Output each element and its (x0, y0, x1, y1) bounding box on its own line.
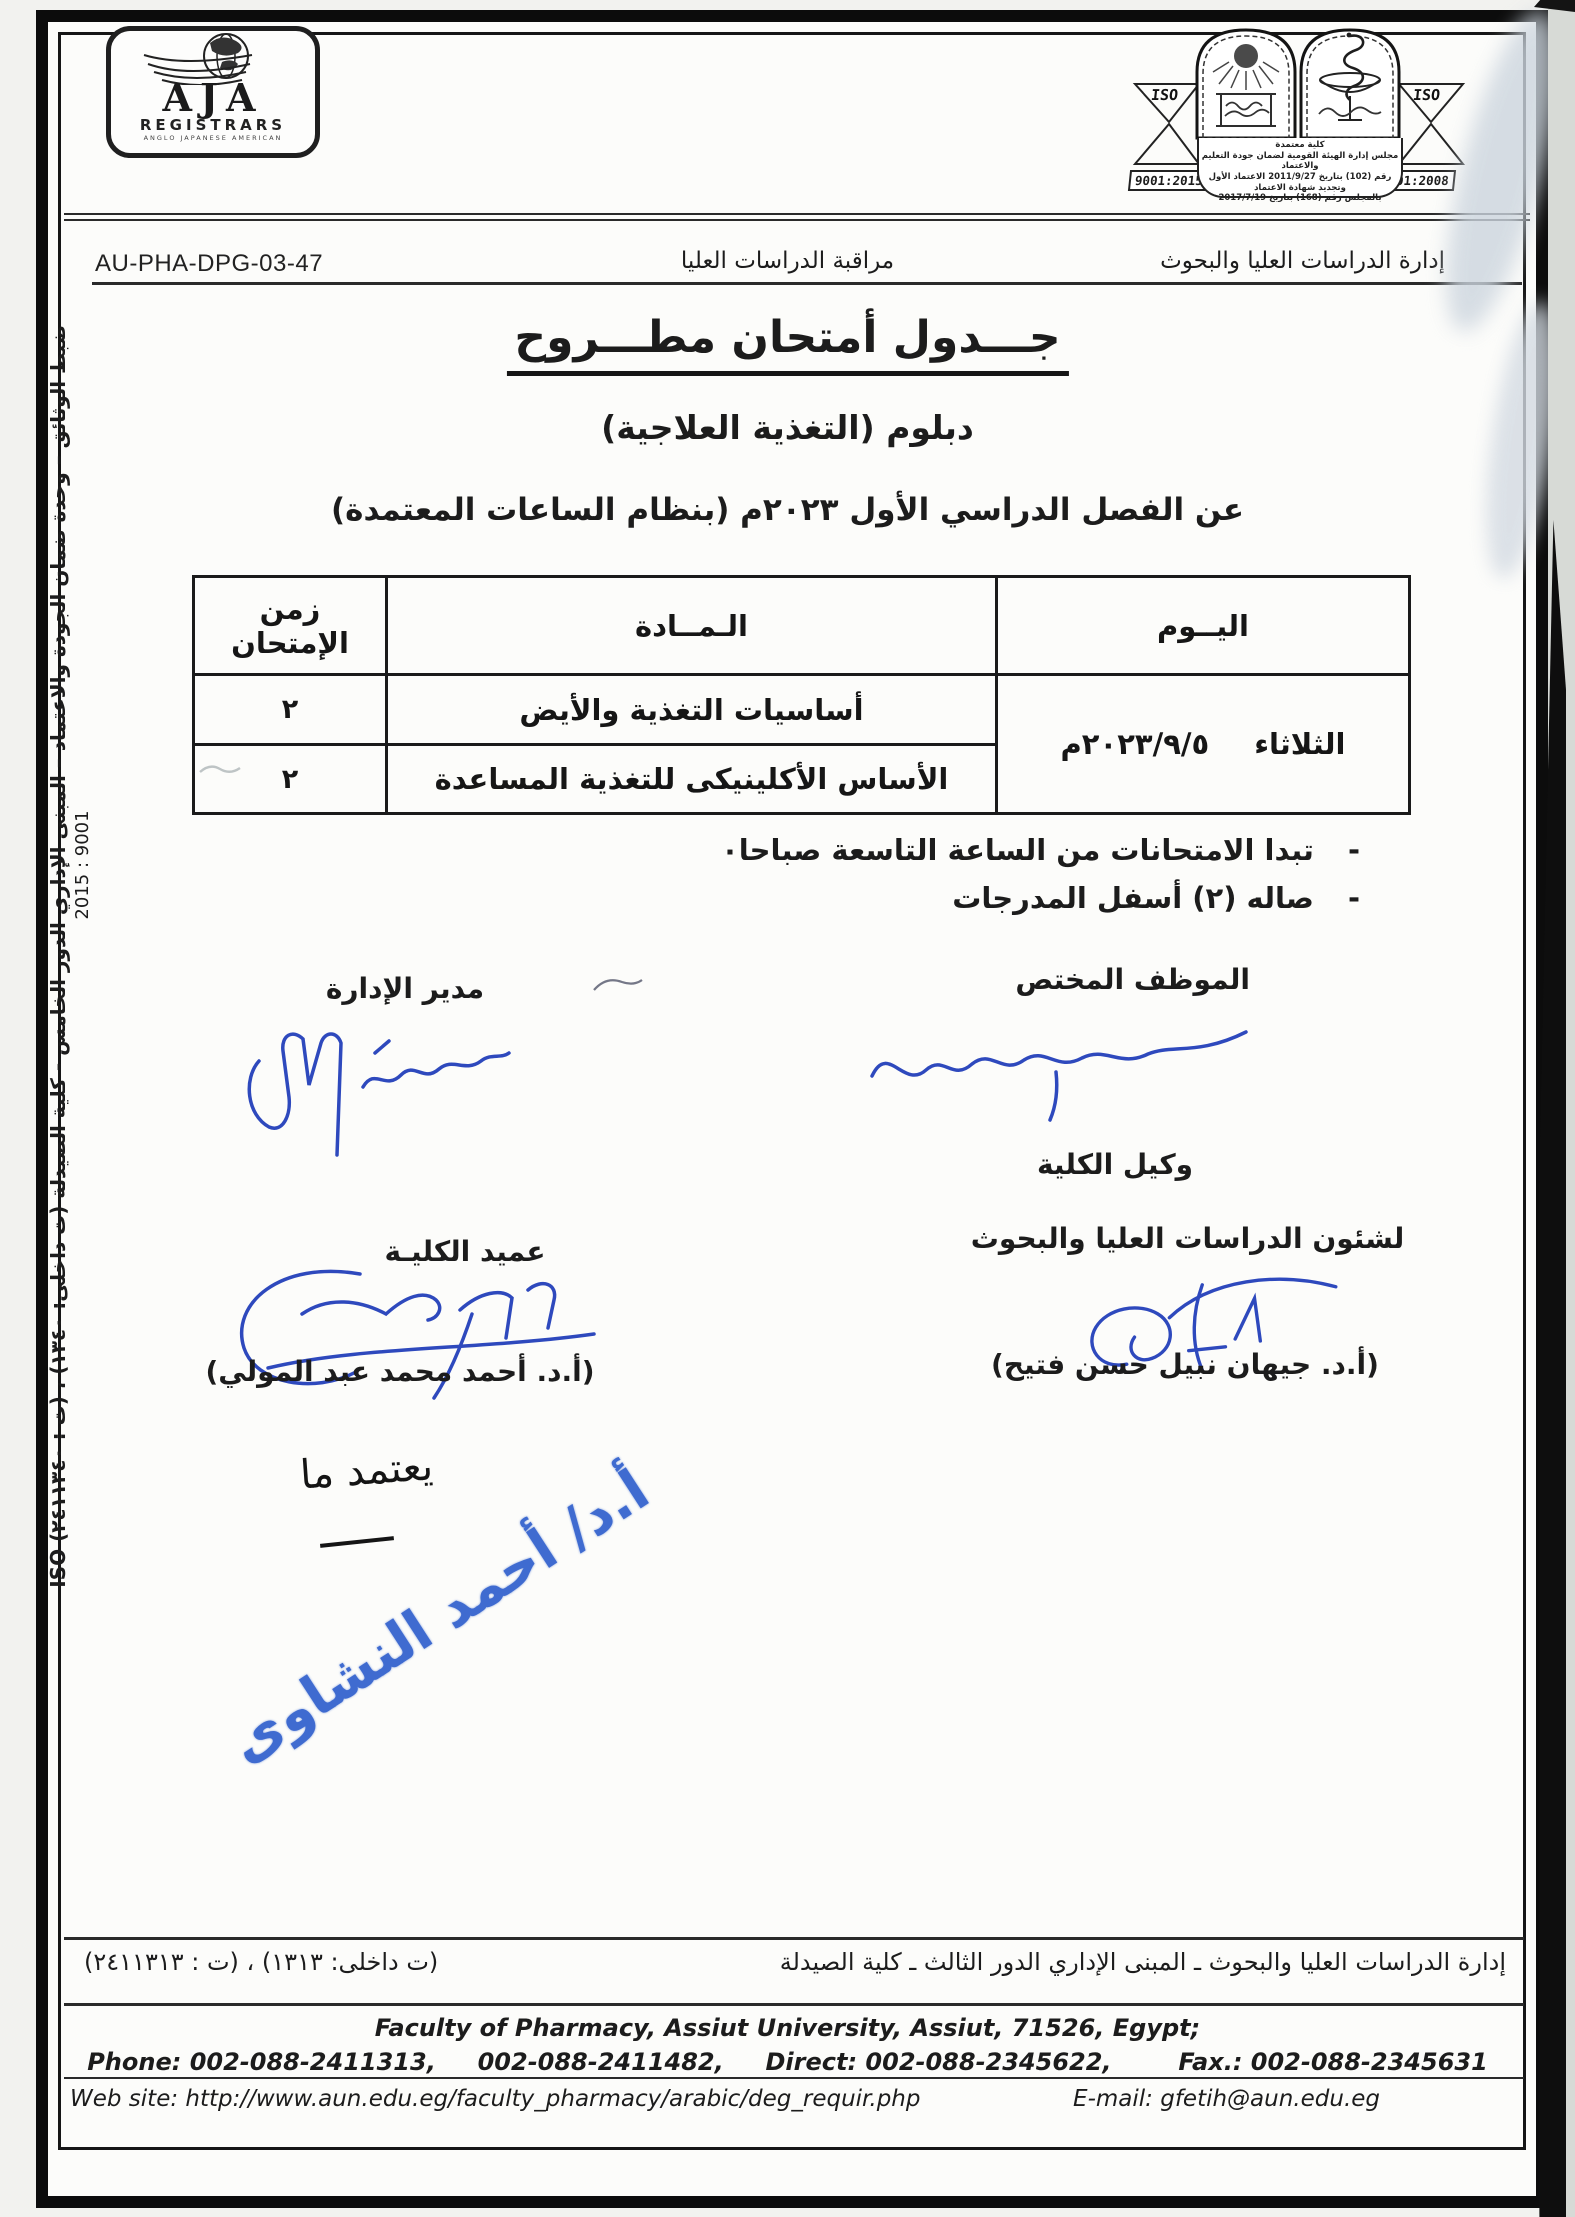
duration-cell: ٢ (194, 745, 387, 814)
footer-phone-line: Phone: 002-088-2411313, 002-088-2411482,… (87, 2048, 1488, 2076)
exam-date: ٢٠٢٣/٩/٥م (1061, 727, 1210, 761)
sidebar-vertical-note: ضبط الوثائق – وحدة ضمان الجودة والاعتماد… (46, 325, 98, 1405)
email-address: gfetih@aun.edu.eg (1160, 2086, 1380, 2112)
website-label: Web site: (70, 2086, 178, 2112)
column-header-day: اليــوم (997, 577, 1410, 675)
divider (64, 219, 1530, 221)
pencil-mark (198, 760, 242, 778)
note-item: - تبدا الامتحانات من الساعة التاسعة صباح… (721, 833, 1360, 867)
director-signature (225, 995, 525, 1165)
note-item: - صاله (٢) أسفل المدرجات (721, 881, 1360, 915)
divider (64, 2077, 1524, 2079)
accreditation-line: كلية معتمدة (1199, 140, 1401, 151)
table-row: الثلاثاء ٢٠٢٣/٩/٥م أساسيات التغذية والأي… (194, 675, 1410, 745)
footer-web-row: Web site: http://www.aun.edu.eg/faculty_… (70, 2086, 1520, 2112)
footer-arabic-address: إدارة الدراسات العليا والبحوث ـ المبنى ا… (780, 1948, 1506, 1976)
website-url: http://www.aun.edu.eg/faculty_pharmacy/a… (185, 2086, 920, 2112)
email-entry: E-mail: gfetih@aun.edu.eg (1073, 2086, 1380, 2112)
duration-header-line2: الإمتحان (195, 626, 385, 660)
note-dash: - (1348, 881, 1360, 915)
accreditation-line: رقم (102) بتاريخ 2011/9/27 الاعتماد الأو… (1199, 172, 1401, 183)
note-text: صاله (٢) أسفل المدرجات (952, 881, 1314, 915)
dean-name: (أ.د. أحمد محمد عبد المولي) (200, 1355, 600, 1388)
exam-schedule-table: اليــوم الـمــادة زمن الإمتحان الثلاثاء … (192, 575, 1411, 815)
column-header-subject: الـمــادة (387, 577, 997, 675)
aja-registrars-logo: AJA REGISTRARS ANGLO JAPANESE AMERICAN (106, 26, 320, 158)
notes-list: - تبدا الامتحانات من الساعة التاسعة صباح… (721, 833, 1360, 929)
header-center-label: مراقبة الدراسات العليا (681, 248, 894, 274)
accreditation-line: مجلس إدارة الهيئة القومية لضمان جودة الت… (1199, 151, 1401, 172)
footer-english-address: Faculty of Pharmacy, Assiut University, … (375, 2014, 1200, 2042)
divider (92, 282, 1522, 285)
iso-label-right: ISO (1412, 86, 1441, 104)
page-title: جـــدول أمتحان مطـــروح (506, 312, 1068, 376)
officer-signature (860, 998, 1260, 1123)
footer-arabic-phones: (ت داخلى: ١٣١٣) ، (ت : ٢٤١١٣١٣) (84, 1948, 438, 1976)
document-code: AU-PHA-DPG-03-47 (95, 250, 323, 278)
footer-arabic: إدارة الدراسات العليا والبحوث ـ المبنى ا… (70, 1948, 1520, 1976)
handwritten-approval: يعتمد ما (299, 1443, 435, 1498)
email-label: E-mail: (1073, 2086, 1153, 2112)
aja-registrars-text: REGISTRARS (140, 117, 286, 134)
accreditation-emblem: ISO ISO 9001:2015 9001:2008 كلية معتمدة … (1113, 22, 1485, 200)
sidebar-line1: ضبط الوثائق – وحدة ضمان الجودة والاعتماد… (46, 325, 70, 1405)
iso-label-left: ISO (1150, 86, 1179, 104)
accreditation-line: وتجديد شهادة الاعتماد (1199, 183, 1401, 194)
aja-caption-text: ANGLO JAPANESE AMERICAN (144, 134, 283, 142)
duration-cell: ٢ (194, 675, 387, 745)
divider (64, 1937, 1524, 1940)
note-dash: - (1348, 833, 1360, 867)
duration-header-line1: زمن (195, 592, 385, 626)
program-title: دبلوم (التغذية العلاجية) (601, 408, 974, 447)
website-entry: Web site: http://www.aun.edu.eg/faculty_… (70, 2086, 921, 2112)
header-right-label: إدارة الدراسات العليا والبحوث (1160, 248, 1445, 274)
day-cell: الثلاثاء ٢٠٢٣/٩/٥م (997, 675, 1410, 814)
aja-logo-text: AJA (163, 79, 264, 117)
vice-dean-title: وكيل الكلية (1010, 1148, 1220, 1181)
day-name: الثلاثاء (1254, 727, 1345, 761)
subject-cell: أساسيات التغذية والأيض (387, 675, 997, 745)
divider (64, 213, 1530, 215)
column-header-duration: زمن الإمتحان (194, 577, 387, 675)
ink-smudge (588, 972, 648, 998)
subject-cell: الأساس الأكلينيكى للتغذية المساعدة (387, 745, 997, 814)
divider (64, 2003, 1524, 2006)
scanned-document: AJA REGISTRARS ANGLO JAPANESE AMERICAN (0, 0, 1575, 2217)
note-text: تبدا الامتحانات من الساعة التاسعة صباحا٠ (721, 833, 1314, 867)
accreditation-line: بالمجلس رقم (168) بتاريخ 2017/7/19 (1199, 193, 1401, 204)
term-title: عن الفصل الدراسي الأول ٢٠٢٣م (بنظام السا… (331, 492, 1244, 528)
sidebar-line2: 9001 : 2015 (72, 325, 93, 1405)
accreditation-caption: كلية معتمدة مجلس إدارة الهيئة القومية لض… (1197, 138, 1403, 198)
officer-title: الموظف المختص (1030, 963, 1250, 996)
vice-dean-name: (أ.د. جيهان نبيل حسن فتيح) (975, 1348, 1395, 1381)
